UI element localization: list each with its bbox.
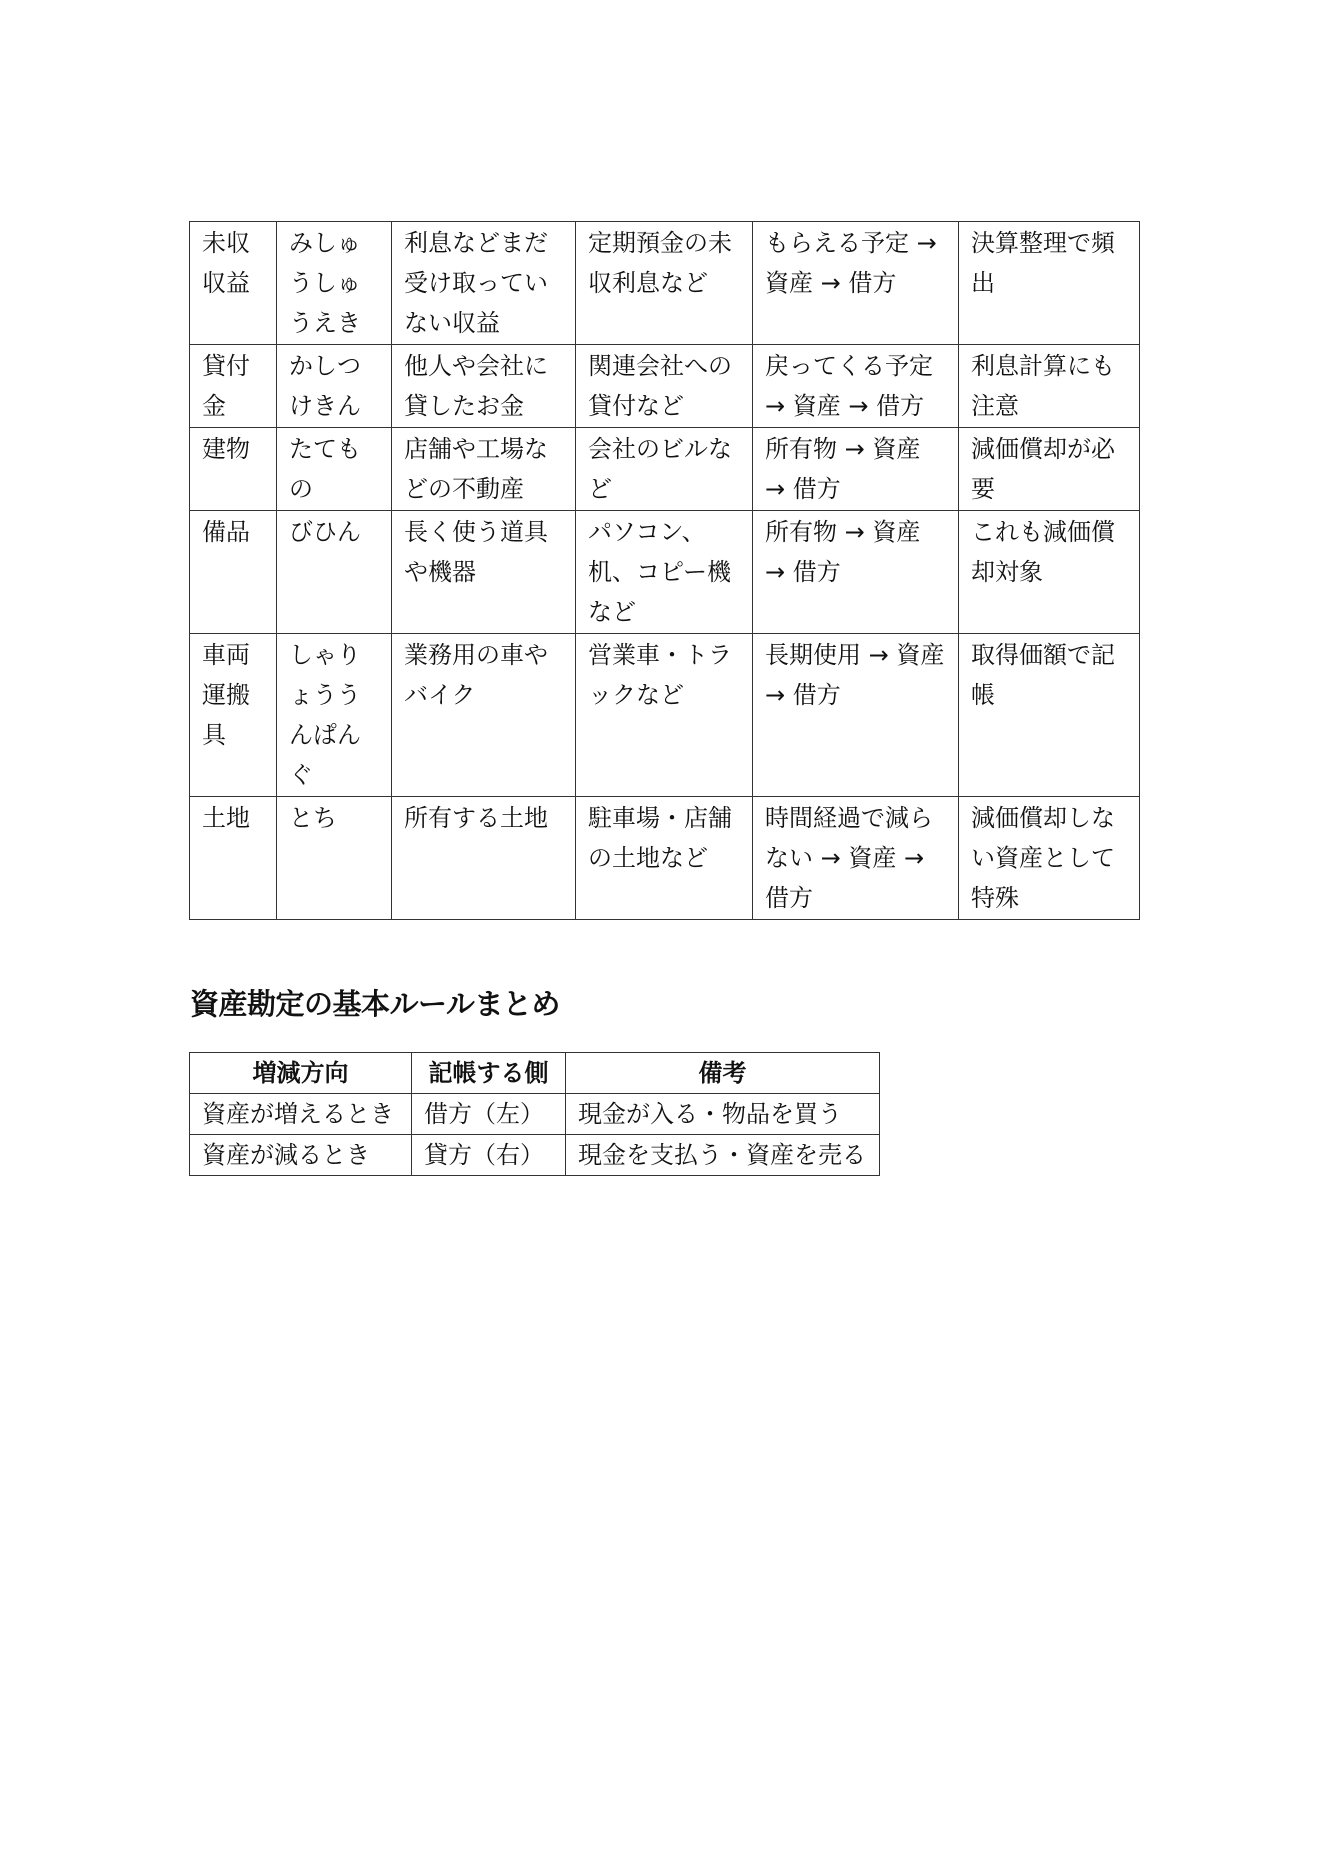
note-cell: 取得価額で記帳 — [959, 634, 1140, 797]
table-row: 貸付金 かしつけきん 他人や会社に貸したお金 関連会社への貸付など 戻ってくる予… — [190, 345, 1140, 428]
column-header-side: 記帳する側 — [412, 1053, 566, 1094]
description-cell: 業務用の車やバイク — [392, 634, 576, 797]
description-cell: 他人や会社に貸したお金 — [392, 345, 576, 428]
account-name-cell: 土地 — [190, 797, 277, 920]
side-cell: 借方（左） — [412, 1094, 566, 1135]
asset-rules-summary-table: 増減方向 記帳する側 備考 資産が増えるとき 借方（左） 現金が入る・物品を買う… — [189, 1052, 880, 1176]
example-cell: 会社のビルなど — [576, 428, 753, 511]
note-cell: これも減価償却対象 — [959, 511, 1140, 634]
account-name-cell: 未収収益 — [190, 222, 277, 345]
reading-cell: かしつけきん — [277, 345, 392, 428]
reading-cell: とち — [277, 797, 392, 920]
remark-cell: 現金を支払う・資産を売る — [566, 1135, 880, 1176]
example-cell: 営業車・トラックなど — [576, 634, 753, 797]
reading-cell: たてもの — [277, 428, 392, 511]
account-name-cell: 車両運搬具 — [190, 634, 277, 797]
description-cell: 利息などまだ受け取っていない収益 — [392, 222, 576, 345]
description-cell: 所有する土地 — [392, 797, 576, 920]
account-name-cell: 備品 — [190, 511, 277, 634]
table-row: 車両運搬具 しゃりょううんぱんぐ 業務用の車やバイク 営業車・トラックなど 長期… — [190, 634, 1140, 797]
reading-cell: しゃりょううんぱんぐ — [277, 634, 392, 797]
document-page: 未収収益 みしゅうしゅうえき 利息などまだ受け取っていない収益 定期預金の未収利… — [0, 0, 1320, 1867]
description-cell: 店舗や工場などの不動産 — [392, 428, 576, 511]
remark-cell: 現金が入る・物品を買う — [566, 1094, 880, 1135]
classification-cell: 戻ってくる予定 → 資産 → 借方 — [753, 345, 959, 428]
direction-cell: 資産が減るとき — [190, 1135, 412, 1176]
classification-cell: 所有物 → 資産 → 借方 — [753, 428, 959, 511]
table-row: 備品 びひん 長く使う道具や機器 パソコン、机、コピー機など 所有物 → 資産 … — [190, 511, 1140, 634]
example-cell: 定期預金の未収利息など — [576, 222, 753, 345]
description-cell: 長く使う道具や機器 — [392, 511, 576, 634]
table-row: 資産が増えるとき 借方（左） 現金が入る・物品を買う — [190, 1094, 880, 1135]
column-header-remark: 備考 — [566, 1053, 880, 1094]
table-row: 建物 たてもの 店舗や工場などの不動産 会社のビルなど 所有物 → 資産 → 借… — [190, 428, 1140, 511]
table-row: 土地 とち 所有する土地 駐車場・店舗の土地など 時間経過で減らない → 資産 … — [190, 797, 1140, 920]
classification-cell: 長期使用 → 資産 → 借方 — [753, 634, 959, 797]
reading-cell: みしゅうしゅうえき — [277, 222, 392, 345]
classification-cell: もらえる予定 → 資産 → 借方 — [753, 222, 959, 345]
classification-cell: 所有物 → 資産 → 借方 — [753, 511, 959, 634]
table-row: 未収収益 みしゅうしゅうえき 利息などまだ受け取っていない収益 定期預金の未収利… — [190, 222, 1140, 345]
account-name-cell: 建物 — [190, 428, 277, 511]
note-cell: 利息計算にも注意 — [959, 345, 1140, 428]
asset-accounts-table: 未収収益 みしゅうしゅうえき 利息などまだ受け取っていない収益 定期預金の未収利… — [189, 221, 1140, 920]
note-cell: 減価償却しない資産として特殊 — [959, 797, 1140, 920]
reading-cell: びひん — [277, 511, 392, 634]
classification-cell: 時間経過で減らない → 資産 → 借方 — [753, 797, 959, 920]
example-cell: 関連会社への貸付など — [576, 345, 753, 428]
direction-cell: 資産が増えるとき — [190, 1094, 412, 1135]
example-cell: パソコン、机、コピー機など — [576, 511, 753, 634]
note-cell: 決算整理で頻出 — [959, 222, 1140, 345]
note-cell: 減価償却が必要 — [959, 428, 1140, 511]
table-row: 資産が減るとき 貸方（右） 現金を支払う・資産を売る — [190, 1135, 880, 1176]
table-header-row: 増減方向 記帳する側 備考 — [190, 1053, 880, 1094]
account-name-cell: 貸付金 — [190, 345, 277, 428]
example-cell: 駐車場・店舗の土地など — [576, 797, 753, 920]
section-heading: 資産勘定の基本ルールまとめ — [190, 984, 560, 1024]
column-header-direction: 増減方向 — [190, 1053, 412, 1094]
side-cell: 貸方（右） — [412, 1135, 566, 1176]
